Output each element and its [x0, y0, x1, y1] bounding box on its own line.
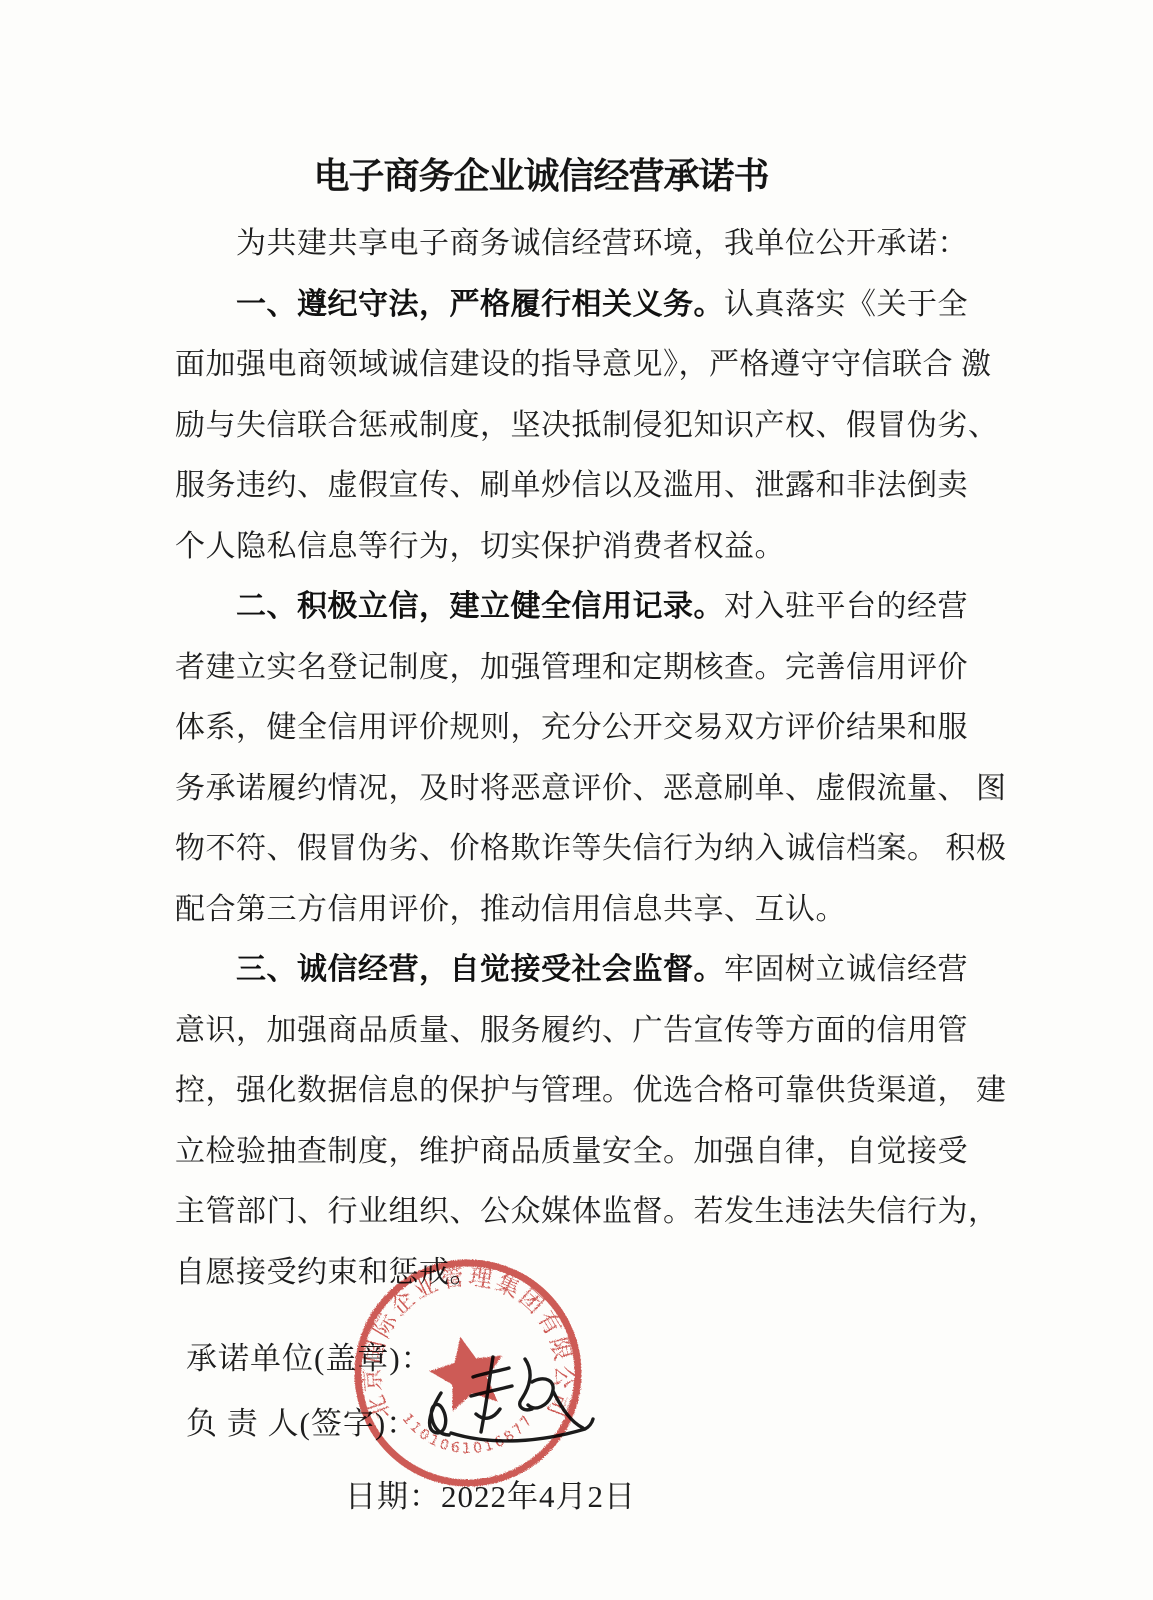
handwritten-signature — [413, 1343, 603, 1461]
body-line: 二、积极立信，建立健全信用记录。对入驻平台的经营 — [175, 577, 1035, 638]
body-line: 励与失信联合惩戒制度，坚决抵制侵犯知识产权、假冒伪劣、 — [175, 396, 1035, 457]
body-line: 三、诚信经营，自觉接受社会监督。牢固树立诚信经营 — [175, 940, 1035, 1001]
body-line: 意识，加强商品质量、服务履约、广告宣传等方面的信用管 — [175, 1001, 1035, 1062]
body-line: 为共建共享电子商务诚信经营环境，我单位公开承诺： — [175, 214, 1035, 275]
document-title: 电子商务企业诚信经营承诺书 — [0, 148, 1082, 192]
body-line: 个人隐私信息等行为，切实保护消费者权益。 — [175, 517, 1035, 578]
body-line: 自愿接受约束和惩戒。 — [175, 1243, 1035, 1304]
body-line: 控，强化数据信息的保护与管理。优选合格可靠供货渠道， 建 — [175, 1061, 1035, 1122]
body-line: 物不符、假冒伪劣、价格欺诈等失信行为纳入诚信档案。 积极 — [175, 819, 1035, 880]
document-body: 为共建共享电子商务诚信经营环境，我单位公开承诺：一、遵纪守法，严格履行相关义务。… — [175, 214, 1035, 1303]
scanned-document-page: 电子商务企业诚信经营承诺书 为共建共享电子商务诚信经营环境，我单位公开承诺：一、… — [0, 0, 1153, 1600]
body-line: 主管部门、行业组织、公众媒体监督。若发生违法失信行为， — [175, 1182, 1035, 1243]
body-line: 体系，健全信用评价规则，充分公开交易双方评价结果和服 — [175, 698, 1035, 759]
body-line: 面加强电商领域诚信建设的指导意见》，严格遵守守信联合 激 — [175, 335, 1035, 396]
body-line: 一、遵纪守法，严格履行相关义务。认真落实《关于全 — [175, 275, 1035, 336]
body-line: 服务违约、虚假宣传、刷单炒信以及滥用、泄露和非法倒卖 — [175, 456, 1035, 517]
body-line: 者建立实名登记制度，加强管理和定期核查。完善信用评价 — [175, 638, 1035, 699]
body-line: 配合第三方信用评价，推动信用信息共享、互认。 — [175, 880, 1035, 941]
body-line: 务承诺履约情况，及时将恶意评价、恶意刷单、虚假流量、 图 — [175, 759, 1035, 820]
body-line: 立检验抽查制度，维护商品质量安全。加强自律，自觉接受 — [175, 1122, 1035, 1183]
